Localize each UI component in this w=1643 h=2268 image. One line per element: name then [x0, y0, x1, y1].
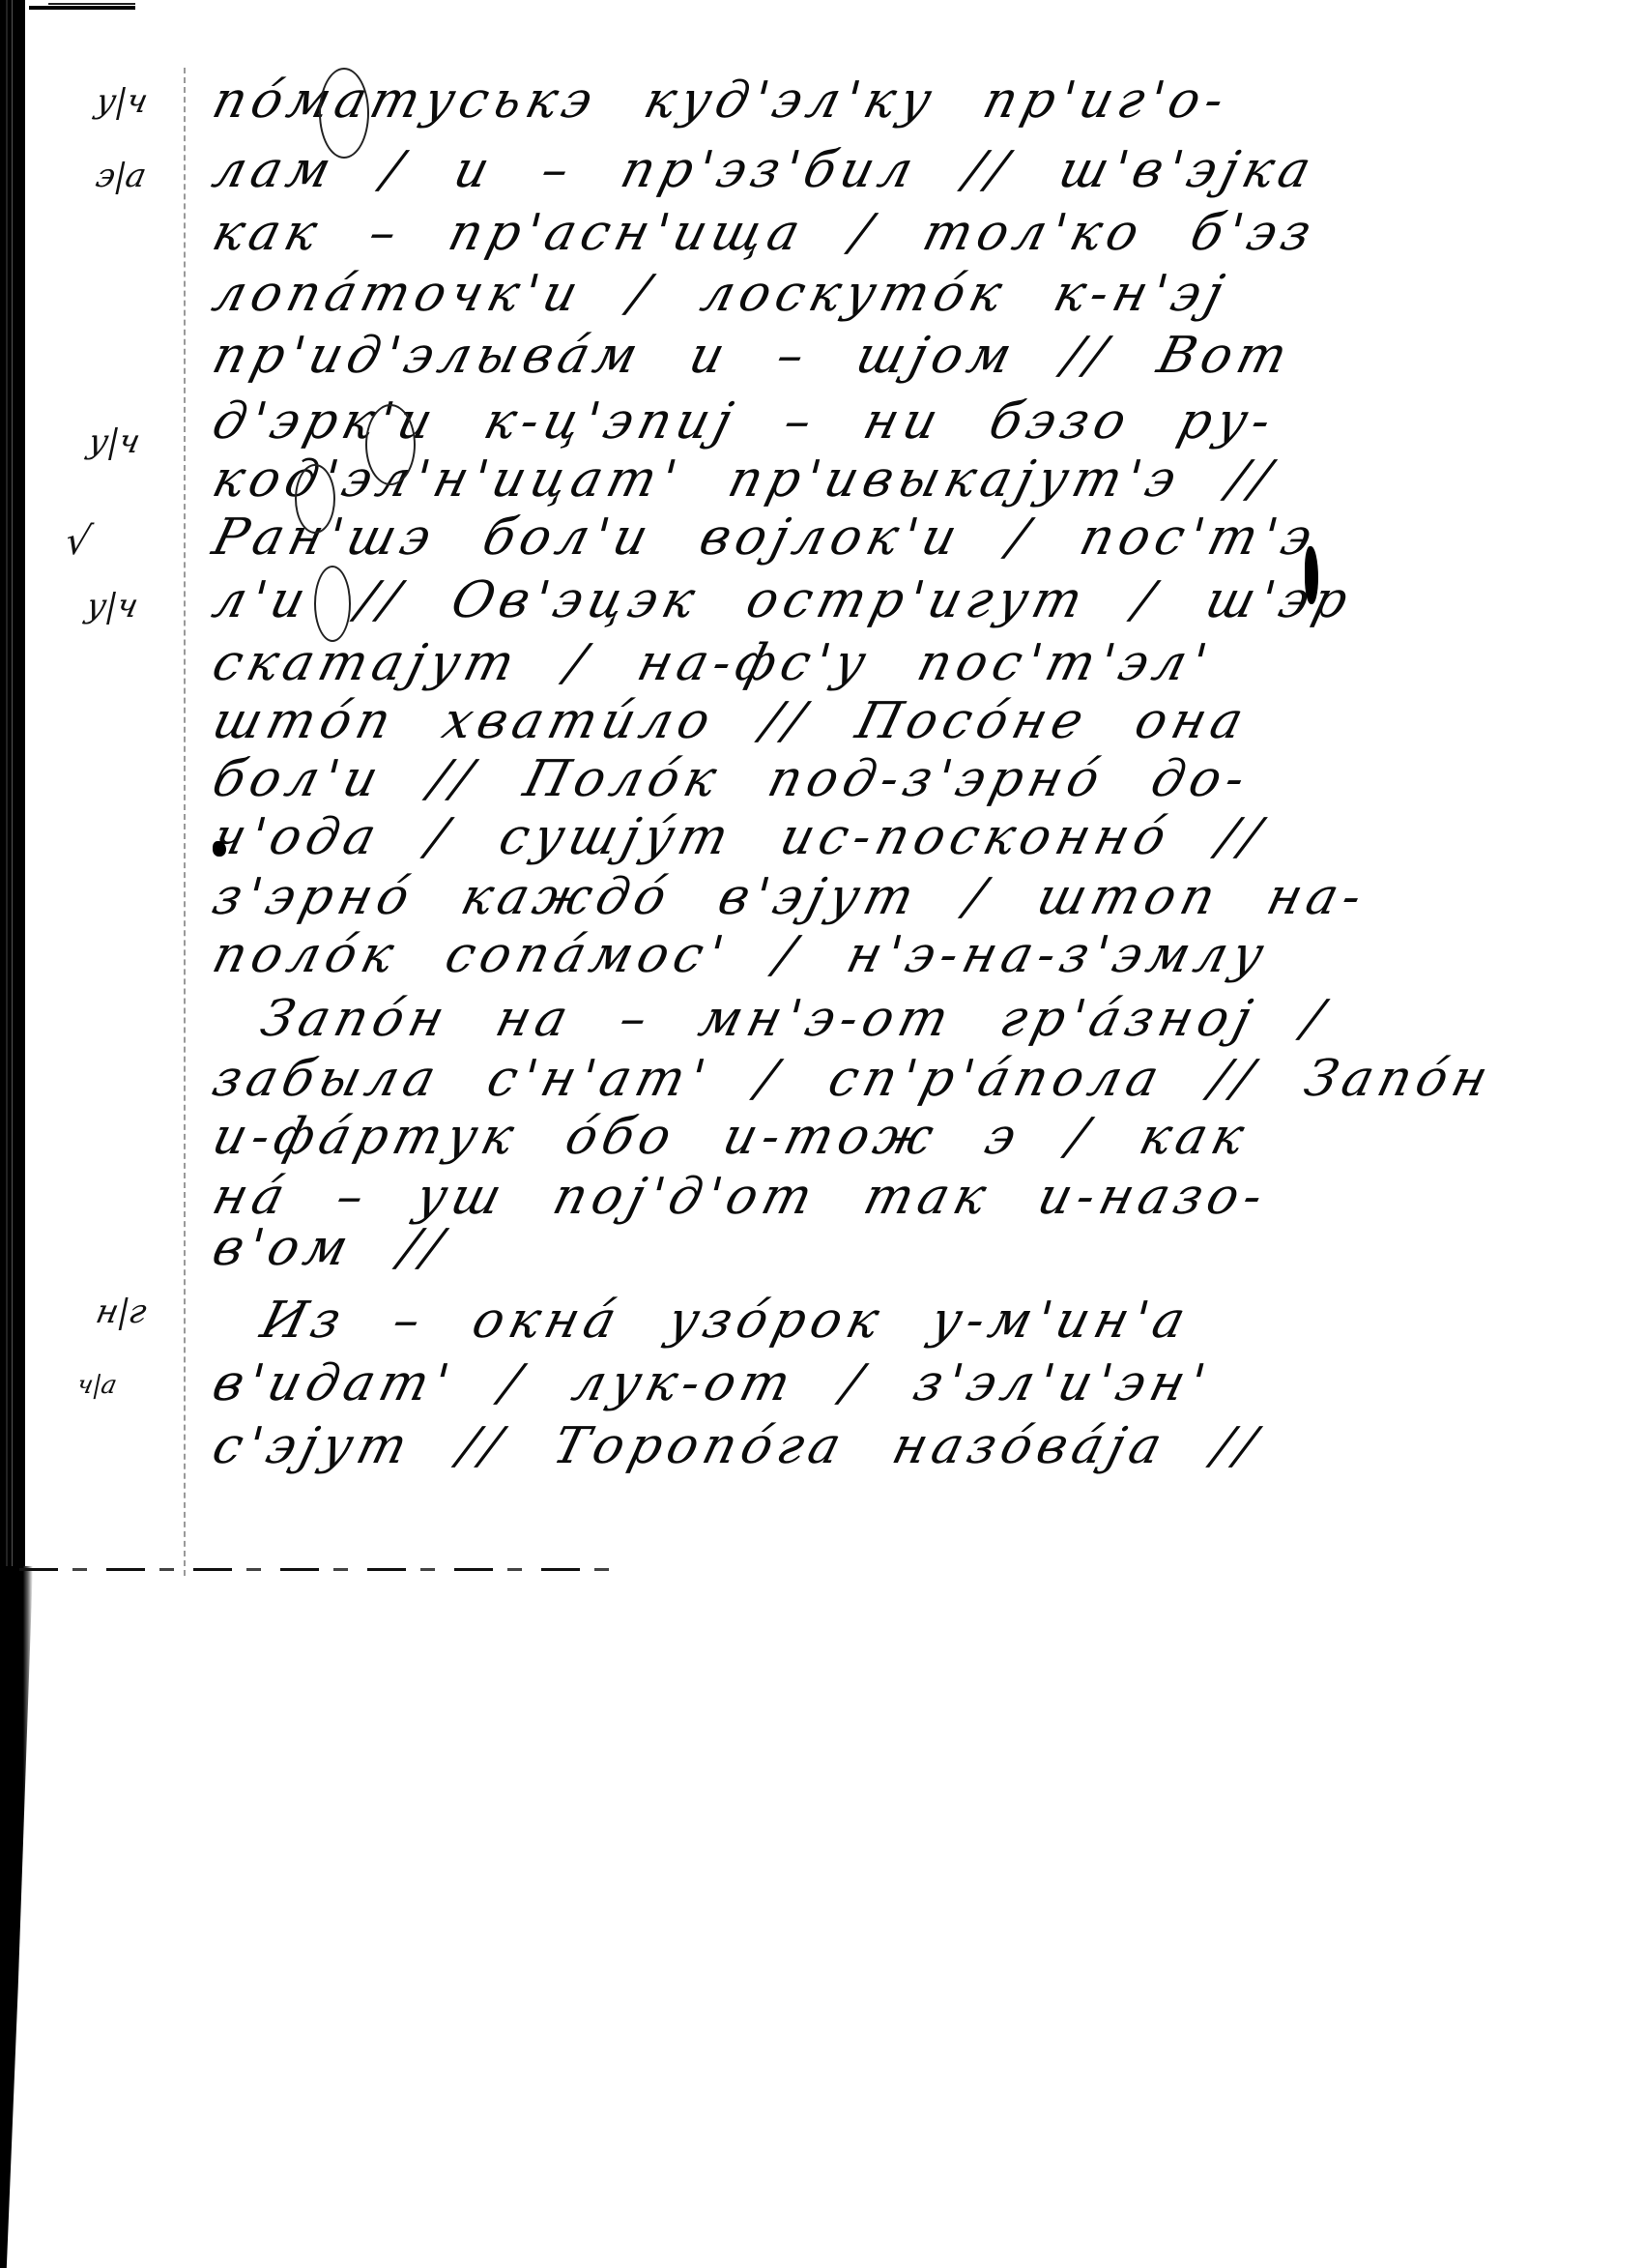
circle-annotation [295, 464, 335, 534]
scan-dark-edge [0, 0, 25, 1566]
text-line-4: лопа́точк'и / лоскуто́к к-н'эј [208, 269, 1341, 319]
text-line-5: пр'ид'элыва́м и – шјом // Вот [208, 331, 1341, 381]
text-line-20: в'ом // [208, 1223, 1341, 1273]
margin-note: э|а [93, 160, 149, 192]
text-line-13: ч'ода / сушју́т ис-посконно́ // [208, 812, 1341, 862]
margin-note: у|ч [93, 85, 151, 118]
margin-note: у|ч [85, 425, 143, 458]
text-line-14: з'эрно́ каждо́ в'эјут / штоп на- [208, 872, 1341, 922]
ink-blot [213, 841, 226, 857]
margin-note: н|г [93, 1295, 149, 1328]
margin-rule [184, 68, 186, 1576]
margin-note: у|ч [83, 590, 141, 623]
text-line-21: Из – окна́ узо́рок у-м'ин'а [256, 1295, 1390, 1346]
page-bottom-edge [19, 1568, 619, 1571]
text-line-22: в'идат' / лук-от / з'эл'и'эн' [208, 1358, 1341, 1409]
circle-annotation [319, 68, 369, 159]
text-line-1: по́матуськэ куд'эл'ку пр'иг'о- [208, 75, 1341, 126]
text-line-9: л'и // Ов'эцэк остр'игут / ш'эр [208, 575, 1341, 625]
check-mark-icon: √ [62, 522, 95, 561]
circle-annotation [314, 566, 351, 642]
text-line-23: с'эјут // Торопо́га назо́ва́ја // [208, 1421, 1341, 1471]
margin-note: ч|а [74, 1373, 119, 1398]
text-line-18: и-фа́ртук о́бо и-тож э / как [208, 1112, 1341, 1162]
text-line-17: забыла с'н'ат' / сп'р'а́пола // Запо́н [208, 1054, 1341, 1104]
text-line-11: што́п хвати́ло // Посо́не она [208, 696, 1341, 746]
text-line-15: поло́к сопа́мос' / н'э-на-з'эмлу [208, 930, 1341, 980]
text-line-19: на́ – уш пој'д'от так и-назо- [208, 1172, 1341, 1222]
text-line-2: лам / и – пр'эз'бил // ш'в'эјка [208, 145, 1341, 195]
text-line-10: скатајут / на-фс'у пос'т'эл' [208, 638, 1341, 688]
text-line-8: Ран'шэ бол'и војлок'и / пос'т'э [208, 512, 1341, 563]
text-line-16: Запо́н на – мн'э-от гр'а́зној / [256, 994, 1390, 1044]
page-top-edge [29, 6, 135, 10]
text-line-3: как – пр'асн'ища / тол'ко б'эз [208, 208, 1341, 258]
page-top-edge [48, 3, 135, 5]
text-line-12: бол'и // Поло́к под-з'эрно́ до- [208, 754, 1341, 804]
circle-annotation [365, 404, 416, 485]
scan-dark-edge-lower [0, 1566, 33, 2268]
